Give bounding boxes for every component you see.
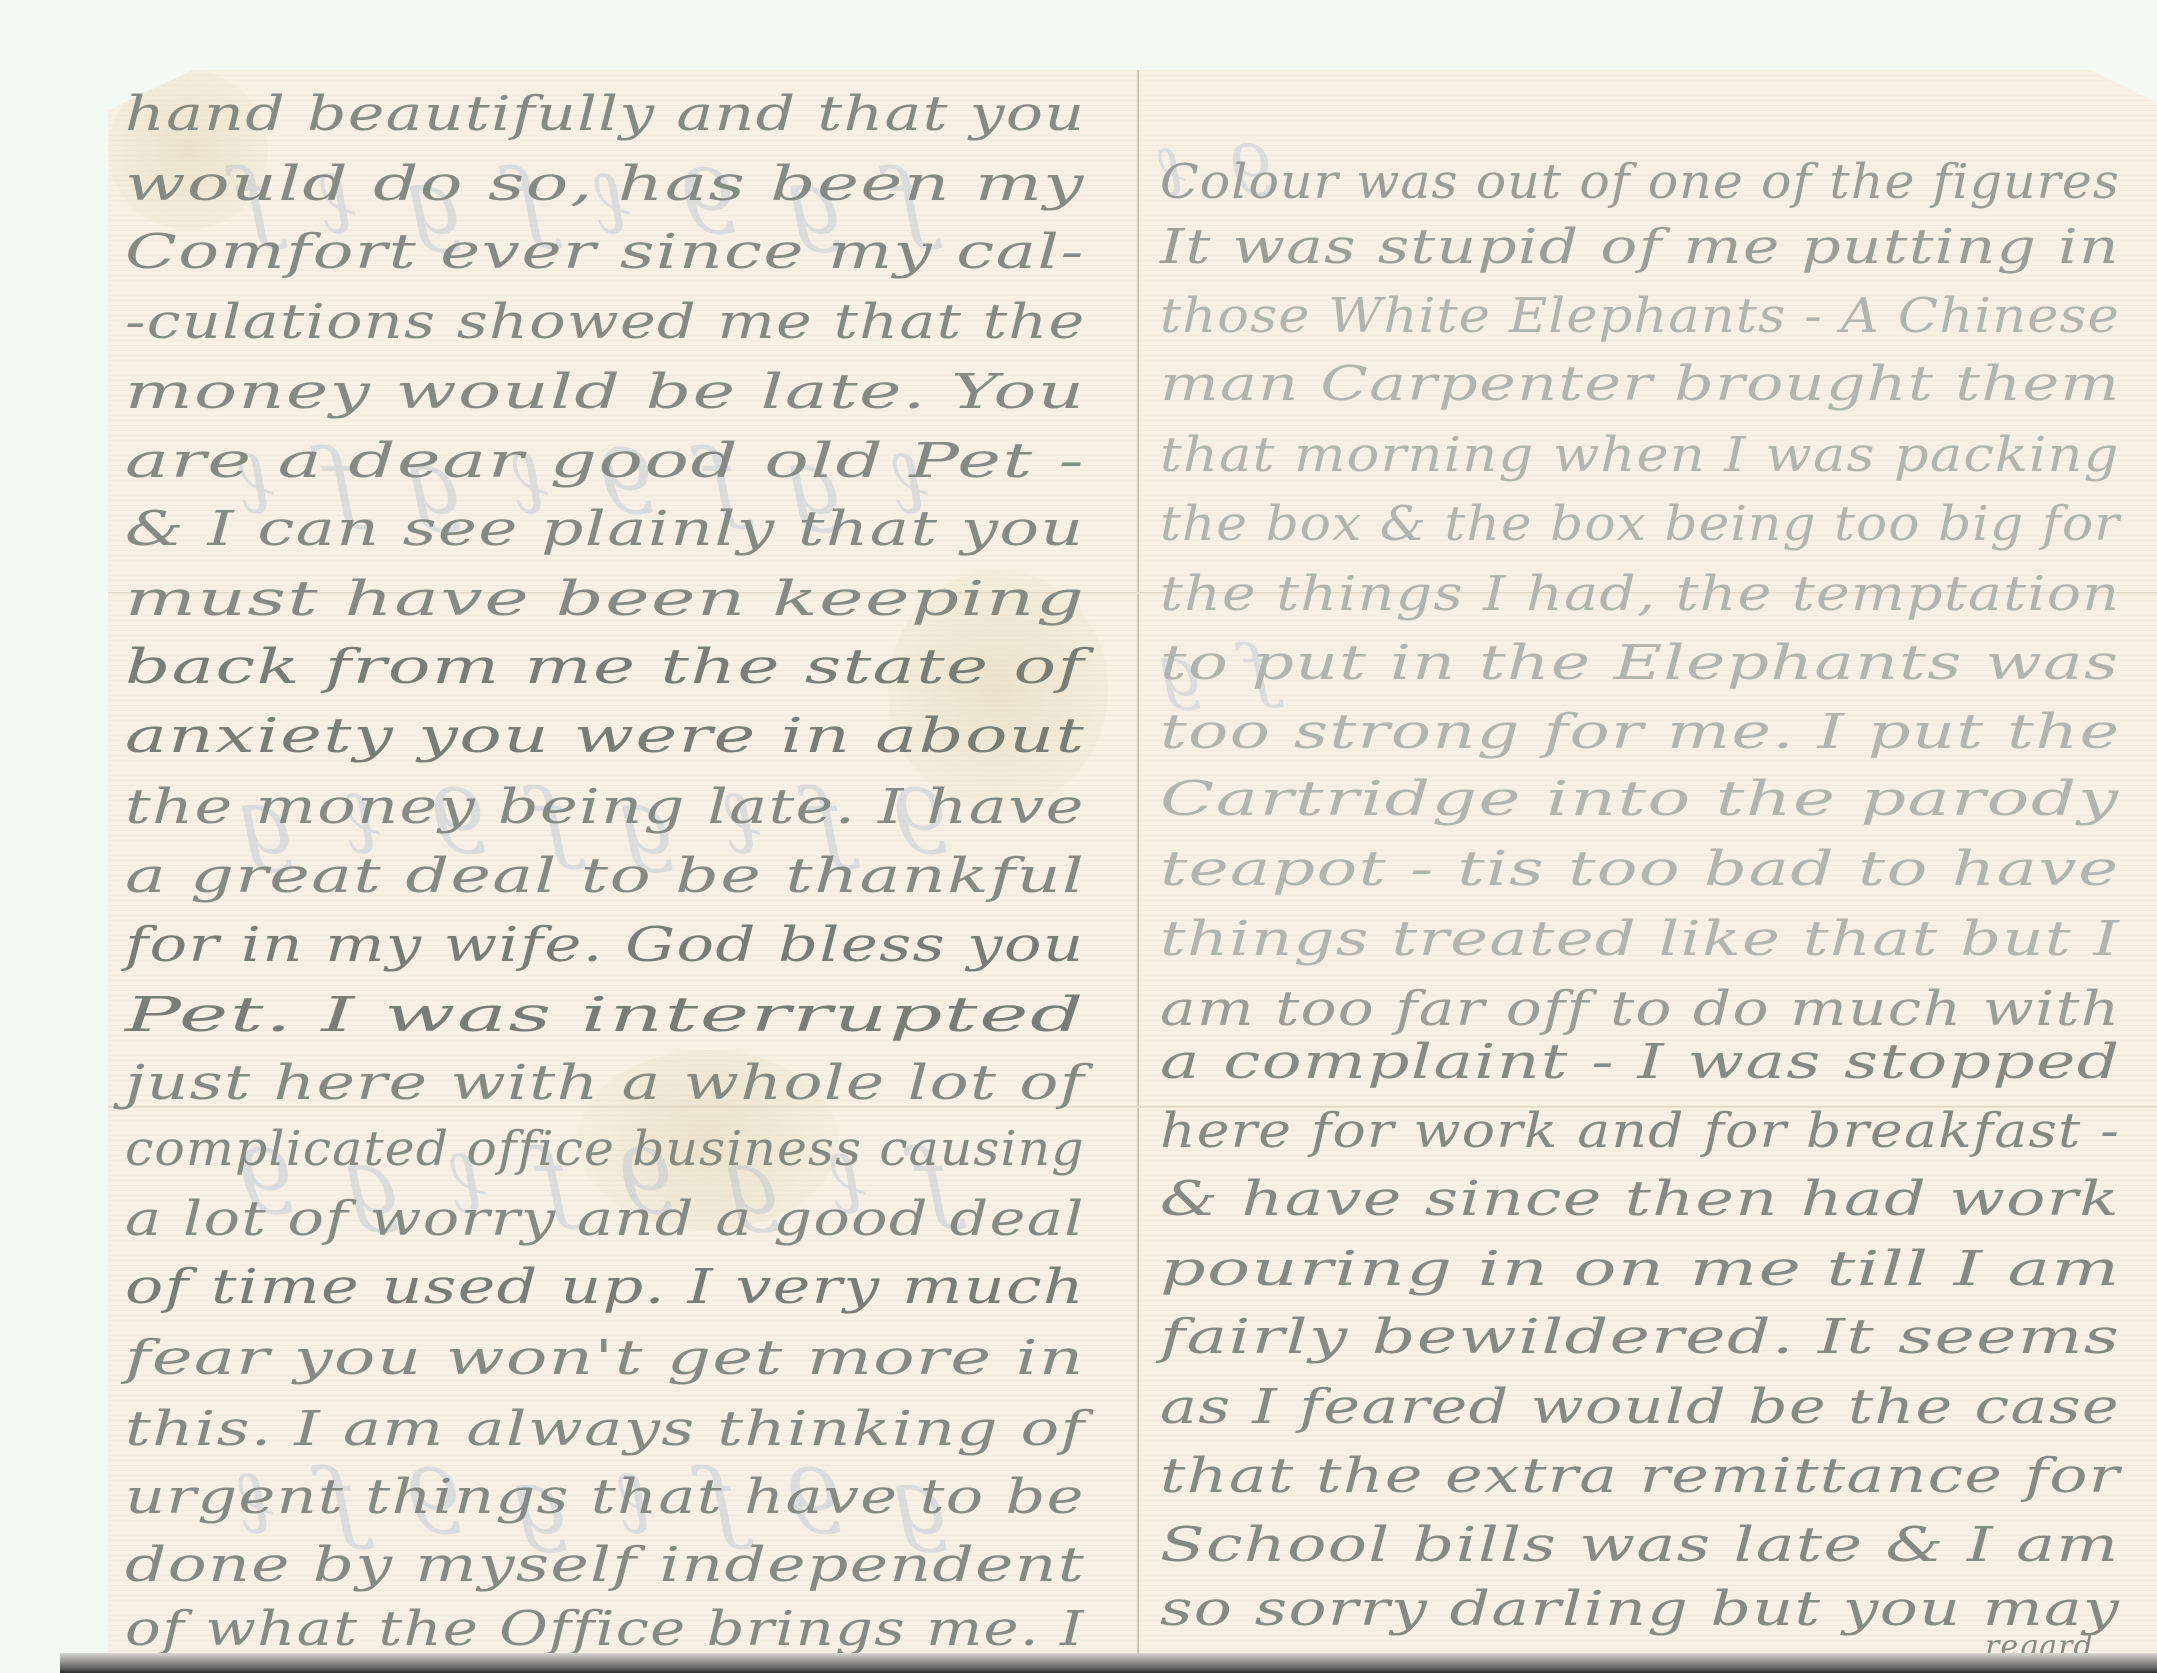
handwritten-line: must have been keeping: [125, 575, 1085, 623]
handwritten-line: Colour was out of one of the figures: [1160, 158, 2120, 206]
handwritten-line: a complaint - I was stopped: [1160, 1038, 2121, 1086]
handwritten-line: would do so, has been my: [125, 160, 1085, 208]
handwritten-line: complicated office business causing: [125, 1125, 1085, 1173]
handwritten-line: here for work and for breakfast -: [1160, 1107, 2120, 1155]
handwritten-line: the money being late. I have: [125, 783, 1085, 831]
handwritten-line: too strong for me. I put the: [1160, 708, 2120, 756]
handwritten-line: those White Elephants - A Chinese: [1160, 292, 2120, 340]
center-fold-line: [1137, 70, 1139, 1660]
handwritten-line: a lot of worry and a good deal: [125, 1195, 1085, 1243]
handwritten-line: to put in the Elephants was: [1160, 639, 2119, 687]
handwritten-line: Comfort ever since my cal-: [125, 228, 1085, 276]
handwritten-line: urgent things that have to be: [125, 1473, 1085, 1521]
handwritten-line: so sorry darling but you may: [1160, 1585, 2120, 1633]
handwritten-line: & I can see plainly that you: [125, 505, 1084, 553]
handwritten-line: -culations showed me that the: [125, 298, 1086, 346]
handwritten-line: just here with a whole lot of: [125, 1059, 1085, 1107]
handwritten-line: pouring in on me till I am: [1160, 1245, 2121, 1293]
handwritten-line: this. I am always thinking of: [125, 1405, 1086, 1453]
handwritten-line: fear you won't get more in: [125, 1334, 1085, 1382]
handwritten-line: the things I had, the temptation: [1160, 570, 2120, 618]
handwritten-line: anxiety you were in about: [125, 712, 1085, 760]
handwritten-line: of time used up. I very much: [125, 1263, 1085, 1311]
handwritten-line: that the extra remittance for: [1160, 1452, 2120, 1500]
handwritten-line: am too far off to do much with: [1160, 985, 2121, 1033]
handwritten-line: things treated like that but I: [1160, 915, 2120, 963]
handwritten-line: that morning when I was packing: [1160, 431, 2120, 479]
handwritten-line: for in my wife. God bless you: [125, 921, 1084, 969]
handwritten-line: hand beautifully and that you: [125, 90, 1085, 138]
handwritten-line: back from me the state of: [125, 643, 1085, 691]
handwritten-line: the box & the box being too big for: [1160, 500, 2120, 548]
handwritten-line: teapot - tis too bad to have: [1160, 845, 2120, 893]
handwritten-line: fairly bewildered. It seems: [1160, 1313, 2120, 1361]
handwritten-line: & have since then had work: [1160, 1175, 2120, 1223]
handwritten-line: as I feared would be the case: [1160, 1383, 2120, 1431]
handwritten-line: man Carpenter brought them: [1160, 360, 2120, 408]
handwritten-line: money would be late. You: [125, 368, 1085, 416]
scanner-bottom-edge: [60, 1653, 2157, 1673]
handwritten-line: It was stupid of me putting in: [1160, 223, 2120, 271]
handwritten-line: a great deal to be thankful: [125, 852, 1085, 900]
handwritten-line: of what the Office brings me. I: [125, 1605, 1085, 1653]
handwritten-line: done by myself independent: [125, 1541, 1085, 1589]
handwritten-line: School bills was late & I am: [1160, 1521, 2119, 1569]
handwritten-line: are a dear good old Pet -: [125, 437, 1085, 485]
handwritten-line: Pet. I was interrupted: [125, 991, 1085, 1039]
handwritten-line: Cartridge into the parody: [1160, 775, 2119, 823]
